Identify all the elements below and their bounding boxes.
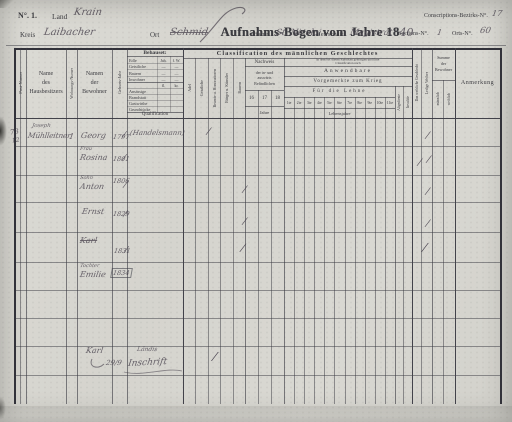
entry-row6-birth-year-boxed: 1834 <box>110 268 132 278</box>
column-dwelling-number: Wohnungs-Numer <box>66 48 77 118</box>
sections-value: 1 <box>436 28 443 37</box>
behauset-dash-label: — <box>175 64 179 69</box>
lehne-age-10-label: 11te <box>387 101 393 105</box>
behauset-title: Behauset: <box>127 49 183 56</box>
tally-mark: / <box>421 241 428 254</box>
column-class-4-label: Bauern <box>237 82 242 94</box>
grid-line <box>14 232 500 233</box>
herrschaft-label: Herrschaft <box>316 31 343 38</box>
grid-line <box>26 48 27 404</box>
grid-line <box>14 48 16 404</box>
grid-line <box>412 48 413 404</box>
grid-line <box>284 86 412 87</box>
lehne-age-9-label: 10te <box>377 101 384 105</box>
entry-row6-relation: Tochter <box>79 263 99 269</box>
grid-line <box>345 97 346 404</box>
grid-line <box>455 48 456 404</box>
lehne-age-1-label: 2te <box>297 101 302 105</box>
grid-line <box>14 318 500 319</box>
tally-mark: / <box>425 219 431 229</box>
pfarre-label: Pfarre <box>252 31 268 38</box>
lehne-age-2-label: 3te <box>307 101 312 105</box>
grid-line <box>375 97 376 404</box>
anwendbare-title: Anwendbare <box>284 66 412 76</box>
behauset-dash-label: — <box>162 64 166 69</box>
tally-mark: / <box>242 217 248 227</box>
column-class-2-label: Beamte u. Honoratioren <box>212 69 217 108</box>
scan-crease <box>0 406 512 416</box>
grid-line <box>395 86 396 404</box>
behauset-tax-row-3: Grundstücke <box>129 107 157 113</box>
column-class-4: Bauern <box>233 58 245 118</box>
lehne-age-9: 10te <box>375 97 385 108</box>
census-form-page: N°. 1. Land Krain Aufnahms-Bogen vom Jah… <box>0 0 512 422</box>
column-class-2: Beamte u. Honoratioren <box>208 58 220 118</box>
column-female-sex: Das weibliche Geschlecht <box>412 48 421 118</box>
classification-title: Classification des männlichen Geschlecht… <box>183 49 412 58</box>
entry-row9-note-a: Ländis <box>136 346 157 353</box>
column-class-0: Adel <box>183 58 195 118</box>
grid-line <box>14 262 500 263</box>
entry-row6-inhabitant-name: Emilie <box>79 270 106 279</box>
grid-line <box>14 202 500 203</box>
lehne-age-3-label: 4te <box>317 101 322 105</box>
nachweis-age-0-label: 16 <box>249 96 254 101</box>
lehne-age-10: 11te <box>385 97 395 108</box>
grid-line <box>355 97 356 404</box>
entry-row1-occupation: (Handelsmann) <box>129 129 185 137</box>
behauset-dash-label: — <box>162 71 166 76</box>
scan-blot <box>0 116 7 146</box>
orts-value: 60 <box>479 26 492 36</box>
entry-row1-dwelling-no: 1 <box>68 132 75 141</box>
behauset-dash: — <box>170 71 183 76</box>
grid-line <box>245 106 284 107</box>
lehne-age-2: 3te <box>304 97 314 108</box>
summe-male: männlich <box>432 80 443 118</box>
summe-female: weiblich <box>443 80 455 118</box>
ink-swash <box>86 356 126 372</box>
entry-row2-inhabitant-name: Rosina <box>79 153 108 162</box>
lehne-age-8: 9te <box>365 97 375 108</box>
grid-line <box>127 48 128 404</box>
grid-line <box>14 346 500 347</box>
tally-mark: / <box>206 127 212 137</box>
column-class-1-label: Geistliche <box>199 80 204 96</box>
entry-row5-inhabitant-name-struck: Karl <box>79 236 98 245</box>
grid-line <box>66 48 67 404</box>
behauset-dash: — <box>170 77 183 82</box>
entry-row3-inhabitant-name: Anton <box>79 182 105 191</box>
lehne-age-4-label: 5te <box>327 101 332 105</box>
grid-line <box>14 290 500 291</box>
nachweis-age-1-label: 17 <box>262 96 267 101</box>
entry-row1-relation: Joseph <box>31 123 51 129</box>
kreis-label: Kreis <box>20 31 35 39</box>
column-inhabitants: Namen der Bewohner <box>77 48 112 118</box>
entry-margin-number-b: 12 <box>12 137 21 145</box>
column-house-owner: Name des Hausbesitzers <box>26 48 66 118</box>
herrschaft-value: Magistrat <box>349 28 393 38</box>
lehne-age-7: 8te <box>355 97 365 108</box>
grid-line <box>334 97 335 404</box>
lehne-age-0-label: 1te <box>287 101 292 105</box>
grid-line <box>432 48 433 404</box>
column-class-0-label: Adel <box>187 84 192 92</box>
grid-line <box>314 97 315 404</box>
lehne-age-4: 5te <box>324 97 334 108</box>
grid-line <box>294 97 295 404</box>
column-class-3: Bürger u. Künstler <box>220 58 233 118</box>
grid-line <box>20 48 21 404</box>
behauset-row-2: Bauern <box>129 71 157 77</box>
tally-mark: / <box>425 131 431 141</box>
sections-label: Sections-N°. <box>398 31 429 37</box>
entry-row1-inhabitant-name: Georg <box>80 131 106 140</box>
nachweis-title: Nachweis <box>245 58 284 66</box>
lehne-age-5-label: 6te <box>337 101 342 105</box>
behauset-dash: — <box>157 64 170 69</box>
grid-line <box>304 97 305 404</box>
grid-line <box>284 108 395 109</box>
behauset-row-1: Geistliche <box>129 64 157 70</box>
land-label: Land <box>52 12 67 21</box>
column-invalide: Invalide <box>403 86 412 118</box>
behauset-dash-label: — <box>162 77 166 82</box>
grid-line <box>14 375 500 376</box>
orts-label: Orts-N°. <box>452 31 473 37</box>
behauset-dash: — <box>157 71 170 76</box>
anwendbare-note: In dem bei diesen Rubriken gehörigen und… <box>313 59 383 64</box>
grid-line <box>14 146 500 147</box>
grid-line <box>500 48 502 404</box>
lehne-age-8-label: 9te <box>367 101 372 105</box>
kreis-value: Laibacher <box>43 27 96 38</box>
sheet-number: N°. 1. <box>18 11 37 20</box>
grid-line <box>365 97 366 404</box>
column-class-1: Geistliche <box>195 58 208 118</box>
entry-row5-birth-year: 1831 <box>113 247 131 255</box>
tally-mark: / <box>426 155 432 165</box>
lebensjahre-label: Lebensjahre <box>284 108 395 118</box>
ort-label: Ort <box>150 31 159 39</box>
column-remarks: Anmerkung <box>455 48 500 118</box>
grid-line <box>403 86 404 404</box>
nachweis-age-2-label: 18 <box>275 96 280 101</box>
entry-row9-inhabitant-name: Karl <box>85 346 104 355</box>
lehne-age-3: 4te <box>314 97 324 108</box>
tally-mark: / <box>211 350 218 363</box>
grid-line <box>284 58 285 404</box>
grid-line <box>443 80 444 404</box>
land-value-handwritten: Krain <box>73 7 103 18</box>
behauset-dash-label: — <box>175 77 179 82</box>
entry-row4-inhabitant-name: Ernst <box>81 207 105 216</box>
summe-title: Summe der Bewohner <box>432 48 455 80</box>
grid-line <box>112 48 113 404</box>
grid-line <box>77 48 78 404</box>
grid-line <box>258 90 259 404</box>
behauset-row-3: Inwohner <box>129 77 157 83</box>
column-class-3-label: Bürger u. Künstler <box>224 73 229 103</box>
nachweis-age-0: 16 <box>245 90 258 106</box>
grid-line <box>14 118 500 119</box>
lehne-age-0: 1te <box>284 97 294 108</box>
column-birth-year: Geburts-Jahr <box>112 48 127 118</box>
nachweis-note: der in- und auswärts Befindlichen <box>245 66 284 90</box>
conscription-district-value: 17 <box>491 9 503 18</box>
grid-line <box>14 175 500 176</box>
nachweis-age-2: 18 <box>271 90 284 106</box>
lehne-age-6-label: 7te <box>347 101 352 105</box>
grid-line <box>284 76 412 77</box>
nachweis-unit: Jahre <box>245 106 284 118</box>
grid-line <box>245 58 246 404</box>
lehne-label: Für die Lehne <box>284 86 395 97</box>
behauset-dash: — <box>157 77 170 82</box>
grid-line <box>271 90 272 404</box>
grid-line <box>14 48 500 50</box>
tally-mark: / <box>242 185 248 195</box>
krieg-label: Vorgemerkte zum Krieg <box>284 76 412 86</box>
lehne-age-5: 6te <box>334 97 344 108</box>
lehne-age-7-label: 8te <box>357 101 362 105</box>
behauset-dash: — <box>170 64 183 69</box>
behauset-dash-label: — <box>175 71 179 76</box>
grid-line <box>245 66 412 67</box>
grid-line <box>324 97 325 404</box>
entry-row1-owner-name: Mühlleitner <box>27 131 71 140</box>
lehne-age-6: 7te <box>345 97 355 108</box>
grid-line <box>6 45 506 46</box>
grid-line <box>421 48 422 404</box>
ort-value-struck: Schmid <box>169 27 209 38</box>
tally-mark: / <box>425 187 431 197</box>
scan-edge-shadow <box>0 0 16 8</box>
behauset-row-0: Edle <box>129 58 157 64</box>
lehne-age-1: 2te <box>294 97 304 108</box>
grid-line <box>385 97 386 404</box>
nachweis-age-1: 17 <box>258 90 271 106</box>
column-altgediente: Altgediente <box>395 86 403 118</box>
column-single-women: Ledige Weiber <box>421 48 432 118</box>
